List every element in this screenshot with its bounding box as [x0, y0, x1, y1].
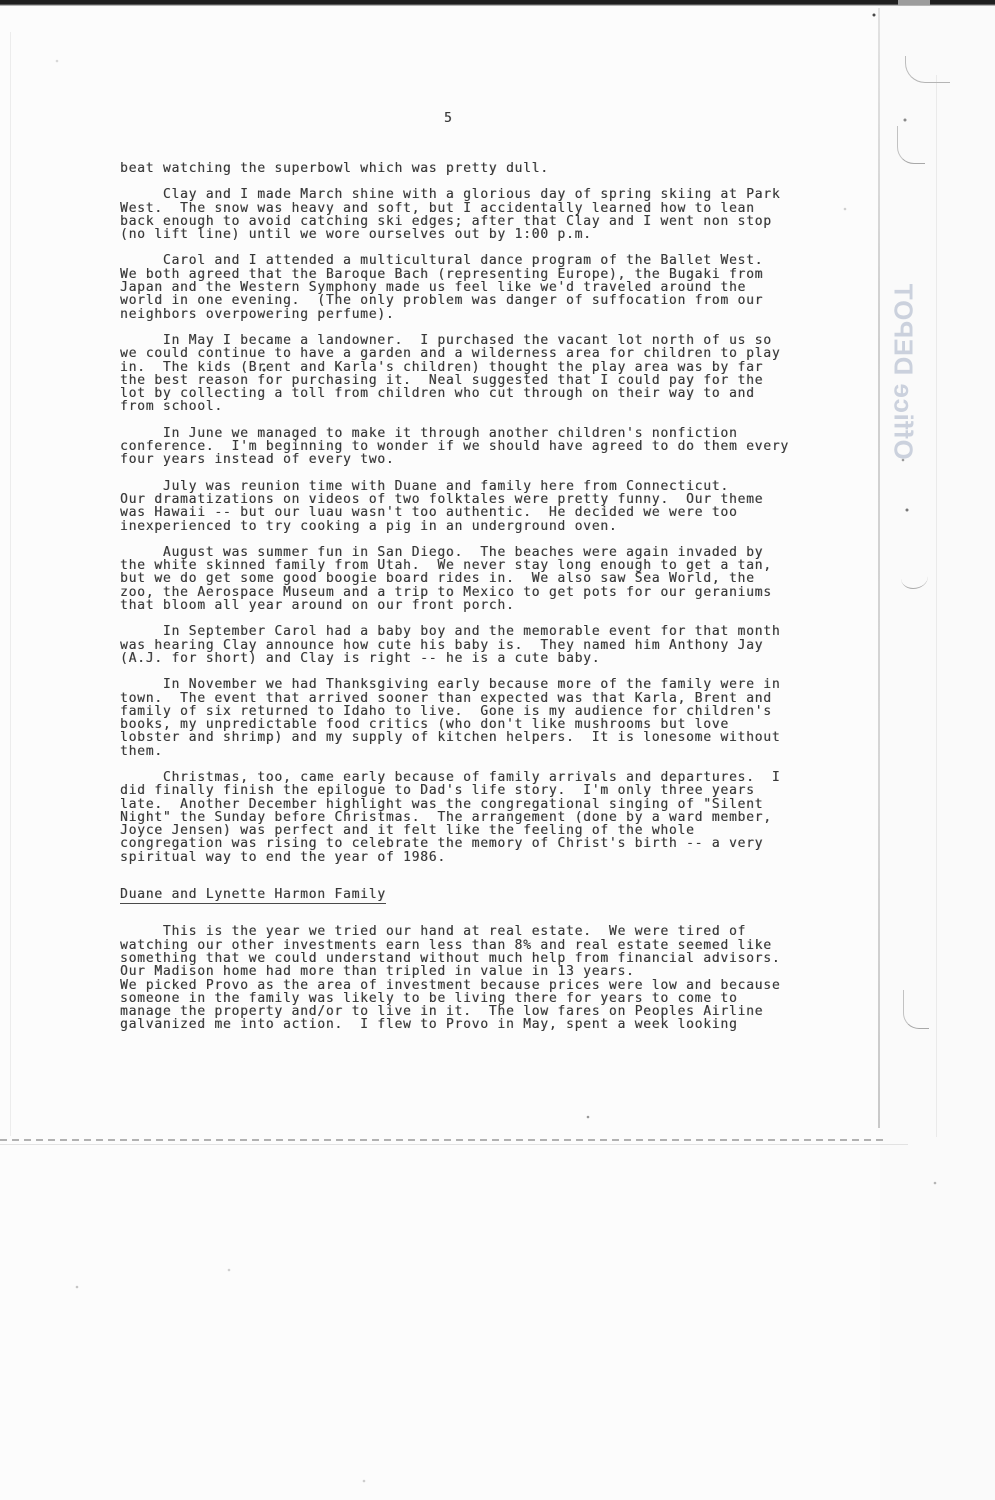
scanner-edge-bar [0, 0, 995, 6]
paragraph-august-san-diego: August was summer fun in San Diego. The … [120, 546, 810, 612]
page-number: 5 [444, 111, 453, 126]
paper-right-edge [878, 8, 880, 1128]
paragraph-june-conference: In June we managed to make it through an… [120, 427, 810, 467]
paragraph-may-landowner: In May I became a landowner. I purchased… [120, 334, 810, 414]
paragraph-july-reunion: July was reunion time with Duane and fam… [120, 480, 810, 533]
scan-noise [0, 0, 2, 2]
perforation-shadow-line [0, 1144, 908, 1145]
scanner-edge-notch [898, 0, 930, 5]
paragraph-christmas: Christmas, too, came early because of fa… [120, 771, 810, 864]
paragraph-real-estate: This is the year we tried our hand at re… [120, 925, 810, 1031]
letter-body: beat watching the superbowl which was pr… [120, 162, 810, 1045]
paragraph-november-thanksgiving: In November we had Thanksgiving early be… [120, 678, 810, 758]
paragraph-march-skiing: Clay and I made March shine with a glori… [120, 188, 810, 241]
backing-sheet-edge [936, 75, 937, 1137]
section-heading-text: Duane and Lynette Harmon Family [120, 887, 386, 904]
section-heading: Duane and Lynette Harmon Family [120, 888, 810, 901]
page-curl-mark [897, 126, 925, 164]
paragraph-ballet-west: Carol and I attended a multicultural dan… [120, 254, 810, 320]
perforation-line [0, 1139, 884, 1141]
scan-background-strip [880, 6, 995, 1500]
paragraph-september-baby: In September Carol had a baby boy and th… [120, 625, 810, 665]
paragraph-superbowl: beat watching the superbowl which was pr… [120, 162, 810, 175]
scanned-page: Office DEPOT 5 beat watching the superbo… [0, 0, 995, 1500]
page-curl-mark [903, 990, 929, 1029]
paper-left-edge [10, 32, 11, 1136]
